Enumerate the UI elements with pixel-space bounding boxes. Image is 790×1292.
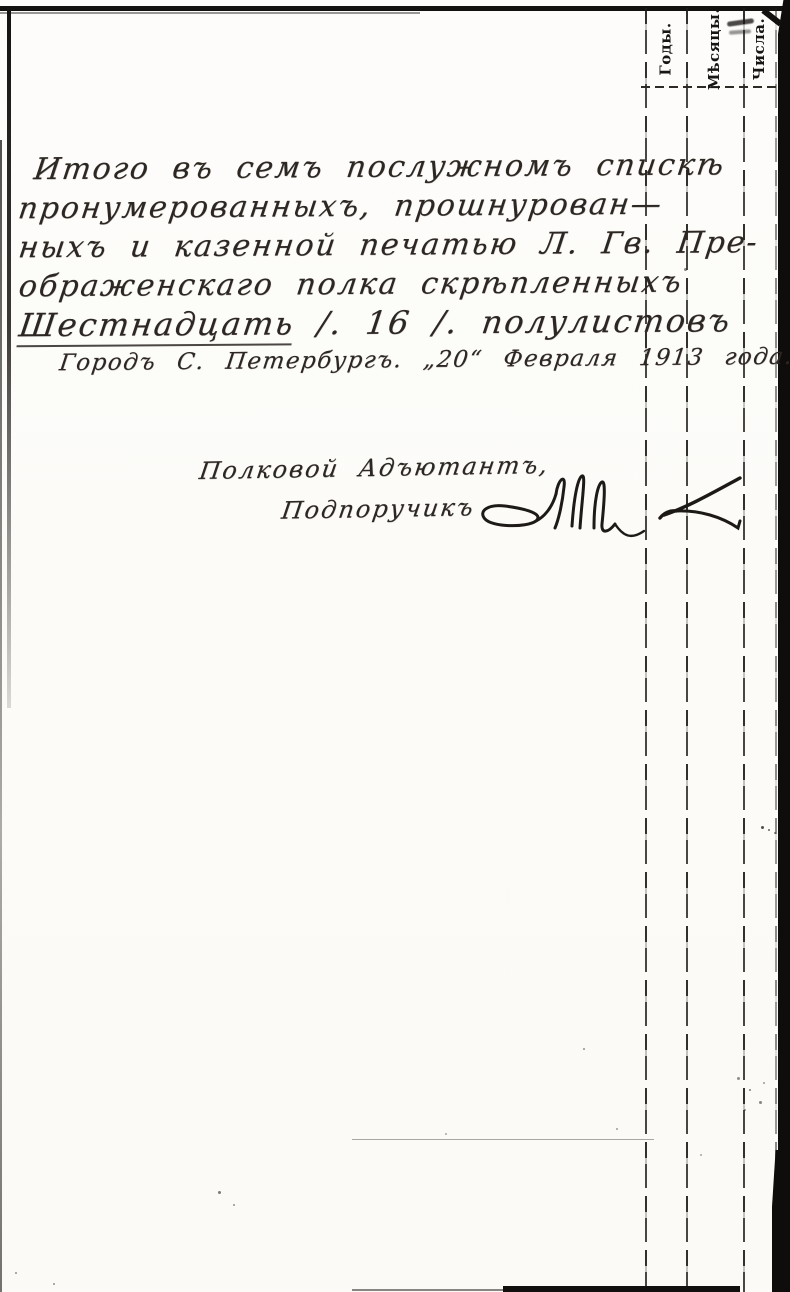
attestation-line-4: ображенскаго полка скрѣпленныхъ xyxy=(16,263,681,307)
noise-dot xyxy=(761,826,764,829)
noise-dot xyxy=(749,1089,751,1091)
column-header-years-label: Годы. xyxy=(657,22,675,75)
attestation-line-1: Итого въ семъ послужномъ спискѣ xyxy=(32,146,681,190)
sheet-count-word: Шестнадцать xyxy=(16,304,297,347)
place-date-line: Городъ С. Петербургъ. „20“ Февраля 1913 … xyxy=(58,344,790,376)
page-top-border-shadow xyxy=(0,12,420,14)
noise-dot xyxy=(616,1128,618,1130)
table-column-line-days xyxy=(743,8,745,1292)
noise-dot xyxy=(15,1272,17,1274)
noise-dot xyxy=(700,1154,702,1156)
noise-dot xyxy=(774,832,776,834)
column-header-days-label: Числа. xyxy=(751,18,769,80)
attestation-line-5: Шестнадцать /. 16 /. полулистовъ xyxy=(17,302,682,346)
noise-dot xyxy=(218,1191,221,1194)
noise-dot xyxy=(233,1204,235,1206)
column-header-years: Годы. xyxy=(645,10,686,88)
noise-dot xyxy=(768,829,770,831)
noise-dot xyxy=(744,1109,746,1111)
scan-right-edge xyxy=(778,0,790,1292)
attestation-line-2: пронумерованныхъ, прошнурован— xyxy=(16,185,681,229)
faint-rule-artifact xyxy=(352,1139,654,1140)
signature-flourish xyxy=(478,466,648,551)
pen-checkmark xyxy=(652,464,757,534)
handwritten-attestation: Итого въ семъ послужномъ спискѣ пронумер… xyxy=(15,146,676,346)
signer-rank: Подпоручикъ xyxy=(280,493,477,524)
page-left-border xyxy=(7,8,11,708)
column-header-months-label: Мѣсяцы. xyxy=(706,8,724,90)
noise-dot xyxy=(583,1048,585,1050)
noise-dot xyxy=(684,268,687,271)
noise-dot xyxy=(759,1101,762,1104)
table-column-line-months xyxy=(686,8,688,1292)
noise-dot xyxy=(53,1283,55,1285)
noise-dot xyxy=(737,1077,740,1080)
scan-right-edge-bottom xyxy=(772,1150,790,1292)
sheet-count-rest: /. 16 /. полулистовъ xyxy=(292,301,734,342)
scanned-service-record-page: Годы. Мѣсяцы. Числа. Итого въ семъ послу… xyxy=(0,0,790,1292)
noise-dot xyxy=(445,1133,447,1135)
table-column-line-right xyxy=(775,8,777,1292)
attestation-line-3: ныхъ и казенной печатью Л. Гв. Пре- xyxy=(16,224,681,268)
scan-bottom-edge-faint xyxy=(352,1289,504,1291)
scan-left-edge xyxy=(0,140,2,1292)
scan-bottom-edge xyxy=(503,1286,740,1292)
noise-dot xyxy=(763,1082,765,1084)
